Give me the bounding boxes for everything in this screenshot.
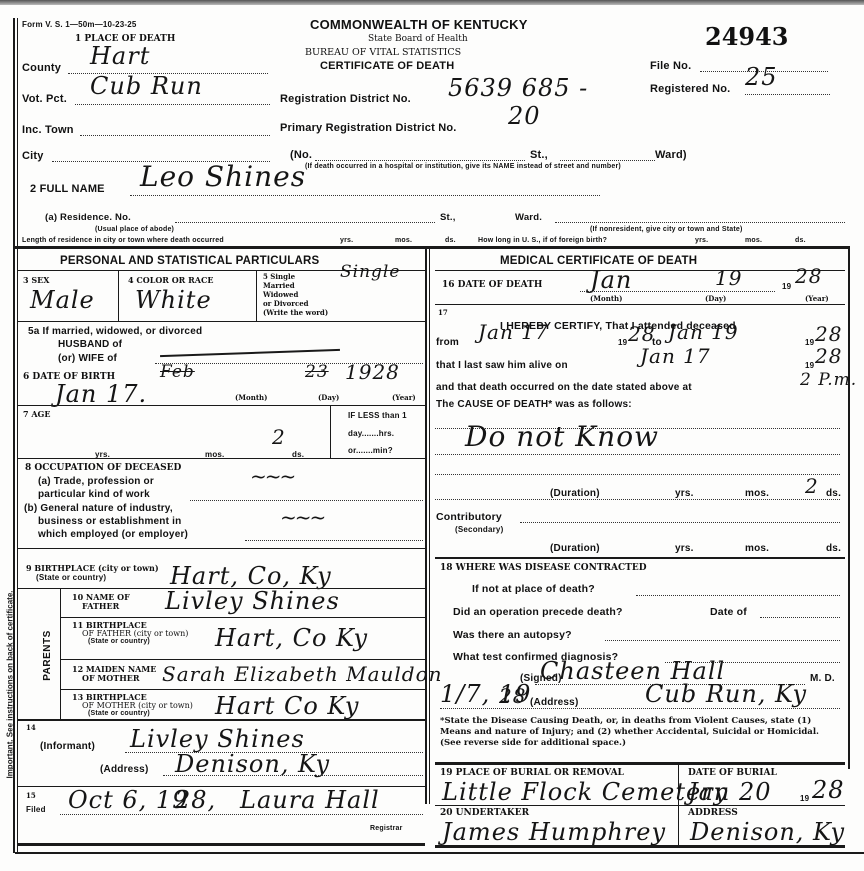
city-label: City	[22, 150, 44, 162]
primary-district-label: Primary Registration District No.	[280, 122, 457, 134]
death-month: Jan	[590, 266, 632, 294]
registered-no-line	[745, 94, 830, 95]
contributory-label: Contributory	[436, 511, 502, 523]
duration-rule	[435, 557, 845, 559]
length-yrs: yrs.	[340, 237, 353, 244]
birth-year: 1928	[345, 360, 400, 384]
state-title: COMMONWEALTH OF KENTUCKY	[310, 17, 528, 32]
trade-line	[190, 500, 423, 501]
duration-mos: mos.	[745, 488, 769, 499]
county-label: County	[22, 62, 61, 74]
age-days: 2	[272, 425, 286, 449]
margin-note: Important. See instructions on back of c…	[6, 525, 15, 845]
residence-ward: Ward.	[515, 212, 542, 223]
birth-corrected: Jan 17.	[55, 380, 147, 408]
duration-yrs: yrs.	[675, 488, 694, 499]
from-year-prefix: 19	[618, 338, 627, 347]
stamp-number: 24943	[705, 22, 789, 51]
burial-rule	[435, 805, 845, 806]
from-date: Jan 17	[478, 320, 549, 344]
autopsy-line	[605, 640, 840, 641]
birthplace-value: Hart, Co, Ky	[170, 562, 332, 590]
trade-value: ~~~	[250, 464, 294, 488]
full-name-line	[130, 195, 600, 196]
cause-line-3	[435, 474, 840, 475]
burial-year-prefix: 19	[800, 794, 809, 803]
residence-st: St.,	[440, 212, 456, 223]
death-year-prefix: 19	[782, 282, 791, 291]
mother-rule	[61, 689, 425, 690]
industry-label-3: which employed (or employer)	[38, 529, 188, 540]
to-year-prefix: 19	[805, 338, 814, 347]
father-label-2: FATHER	[82, 601, 119, 611]
spouse-label-1: 5a If married, widowed, or divorced	[28, 326, 202, 337]
certificate-title: CERTIFICATE OF DEATH	[320, 60, 454, 72]
age-rule	[18, 458, 425, 459]
mother-bp-label-3: (State or country)	[88, 710, 150, 717]
from-label: from	[436, 337, 459, 348]
form-code: Form V. S. 1—50m—10-23-25	[22, 20, 137, 29]
sex-divider	[118, 271, 119, 321]
birth-struck-day: 23	[305, 362, 329, 382]
cause-value: Do not Know	[465, 420, 659, 453]
death-rule	[435, 304, 845, 305]
left-border-inner	[17, 18, 18, 853]
registered-no-value: 25	[745, 63, 778, 91]
occupation-rule	[18, 548, 425, 549]
filed-year: 28,	[175, 786, 216, 814]
full-name-value: Leo Shines	[140, 160, 306, 193]
footnote: *State the Disease Causing Death, or, in…	[440, 716, 840, 749]
filed-date: Oct 6, 19	[68, 786, 188, 814]
main-divider	[15, 246, 850, 249]
vot-pct-label: Vot. Pct.	[22, 93, 67, 105]
marital-line: Widowed	[263, 290, 358, 299]
birth-day-label: (Day)	[318, 393, 339, 402]
length-label: Length of residence in city or town wher…	[22, 237, 224, 244]
cert-num: 17	[438, 308, 448, 317]
race-value: White	[135, 286, 212, 314]
duration-days: 2	[805, 474, 819, 498]
foreign-yrs: yrs.	[695, 237, 708, 244]
last-saw-label: that I last saw him alive on	[436, 360, 568, 371]
informant-value: Livley Shines	[130, 725, 305, 753]
mother-label-2: OF MOTHER	[82, 673, 140, 683]
age-divider	[330, 406, 331, 458]
race-label: 4 COLOR OR RACE	[128, 275, 213, 285]
city-ward-line	[560, 160, 655, 161]
last-saw-year: 28	[815, 344, 842, 368]
physician-address-label: (Address)	[530, 697, 578, 708]
date-of-label: Date of	[710, 606, 747, 618]
industry-line	[245, 540, 423, 541]
registration-district-value: 5639 685 -	[448, 74, 588, 102]
registrar-name: Laura Hall	[240, 786, 380, 814]
duration-line	[435, 499, 840, 500]
inc-town-line	[80, 135, 270, 136]
industry-value: ~~~	[280, 505, 324, 529]
spouse-label-2: HUSBAND of	[58, 339, 122, 350]
duration-2-yrs: yrs.	[675, 543, 694, 554]
trade-label-1: (a) Trade, profession or	[38, 476, 154, 487]
mother-value: Sarah Elizabeth Mauldon	[162, 662, 443, 686]
registration-district-label: Registration District No.	[280, 93, 411, 105]
marital-line: (Write the word)	[263, 308, 358, 317]
date-of-line	[760, 617, 840, 618]
registrar-label: Registrar	[370, 825, 403, 832]
race-divider	[256, 271, 257, 321]
nonresident-note: (If nonresident, give city or town and S…	[590, 226, 743, 233]
death-line	[580, 291, 775, 292]
father-bp-label-3: (State or country)	[88, 638, 150, 645]
to-year: 28	[815, 322, 842, 346]
duration-2-ds: ds.	[826, 543, 841, 554]
occurred-text: and that death occurred on the date stat…	[436, 382, 692, 393]
burial-place: Little Flock Cemetery	[442, 778, 728, 806]
or-min: or.......min?	[348, 446, 393, 455]
last-saw-year-prefix: 19	[805, 361, 814, 370]
informant-num: 14	[26, 723, 36, 732]
burial-date: Jan 20	[688, 778, 772, 806]
age-label: 7 AGE	[23, 409, 51, 419]
personal-section-title: PERSONAL AND STATISTICAL PARTICULARS	[60, 255, 319, 267]
industry-label-2: business or establishment in	[38, 516, 181, 527]
bottom-border	[15, 852, 864, 854]
not-at-place-line	[636, 595, 840, 596]
death-day: 19	[715, 266, 742, 290]
full-name-label: 2 FULL NAME	[30, 183, 105, 195]
city-st-label: St.,	[530, 149, 548, 161]
informant-label: (Informant)	[40, 741, 95, 752]
undertaker-address: Denison, Ky	[690, 818, 845, 846]
sex-rule	[18, 321, 425, 322]
cause-label: The CAUSE OF DEATH* was as follows:	[436, 399, 632, 410]
duration-2-mos: mos.	[745, 543, 769, 554]
death-day-label: (Day)	[705, 294, 726, 303]
physician-address: Cub Run, Ky	[645, 680, 807, 708]
burial-place-label: 19 PLACE OF BURIAL OR REMOVAL	[440, 768, 624, 778]
residence-ward-line	[555, 222, 845, 223]
undertaker-label: 20 UNDERTAKER	[440, 808, 529, 818]
marital-line: or Divorced	[263, 299, 358, 308]
parents-rule	[18, 719, 425, 721]
contributory-line	[520, 522, 840, 523]
undertaker-rule	[435, 845, 845, 848]
less-than-1: IF LESS than 1	[348, 411, 407, 420]
residence-label: (a) Residence. No.	[45, 212, 131, 223]
column-divider-inner	[429, 249, 430, 804]
usual-place: (Usual place of abode)	[95, 226, 174, 233]
scan-edge	[0, 0, 864, 5]
column-divider	[425, 249, 427, 804]
informant-address-label: (Address)	[100, 764, 148, 775]
death-time: 2 P.m.	[800, 370, 857, 390]
board-name: State Board of Health	[368, 34, 468, 44]
birth-struck-month: Feb	[160, 362, 195, 382]
registered-no-label: Registered No.	[650, 83, 730, 95]
mother-bp-value: Hart Co Ky	[215, 692, 359, 720]
spouse-label-3: (or) WIFE of	[58, 353, 117, 364]
death-year: 28	[795, 264, 822, 288]
foreign-ds: ds.	[795, 237, 806, 244]
trade-label-2: particular kind of work	[38, 489, 150, 500]
primary-district-value: 20	[508, 102, 541, 130]
length-ds: ds.	[445, 237, 456, 244]
parents-label: PARENTS	[42, 630, 53, 681]
birthplace-label-1: 9 BIRTHPLACE (city or town)	[26, 563, 159, 573]
foreign-mos: mos.	[745, 237, 762, 244]
last-saw-date: Jan 17	[640, 344, 711, 368]
duration-2-label: (Duration)	[550, 543, 600, 554]
residence-line	[175, 222, 435, 223]
autopsy-label: Was there an autopsy?	[453, 629, 572, 641]
file-no-label: File No.	[650, 60, 691, 72]
vot-pct-value: Cub Run	[90, 72, 203, 100]
filed-num: 15	[26, 791, 36, 800]
occupation-label: 8 OCCUPATION OF DECEASED	[25, 463, 181, 473]
foreign-label: How long in U. S., if of foreign birth?	[478, 237, 607, 244]
day-hrs: day.......hrs.	[348, 429, 394, 438]
death-year-label: (Year)	[805, 294, 829, 303]
county-value: Hart	[90, 42, 150, 70]
birthplace-label-2: (State or country)	[36, 573, 106, 582]
city-ward-label: Ward)	[655, 149, 687, 161]
undertaker-value: James Humphrey	[442, 818, 666, 846]
operation-label: Did an operation precede death?	[453, 606, 623, 618]
contracted-label: 18 WHERE WAS DISEASE CONTRACTED	[440, 563, 647, 573]
father-bp-label-2: OF FATHER (city or town)	[82, 629, 188, 638]
signed-year: 28	[499, 684, 526, 708]
father-bp-value: Hart, Co Ky	[215, 624, 368, 652]
father-value: Livley Shines	[165, 587, 340, 615]
inc-town-label: Inc. Town	[22, 124, 74, 136]
burial-year: 28	[812, 776, 845, 804]
industry-label-1: (b) General nature of industry,	[24, 503, 173, 514]
filed-label: Filed	[26, 805, 46, 814]
physician-address-line	[440, 708, 840, 709]
parents-divider	[60, 589, 61, 719]
hospital-note: (If death occurred in a hospital or inst…	[305, 163, 621, 170]
footnote-rule	[435, 762, 845, 765]
duration-label: (Duration)	[550, 488, 600, 499]
father-bp-rule	[61, 659, 425, 660]
medical-rule	[435, 270, 845, 271]
sex-label: 3 SEX	[23, 275, 49, 285]
death-label: 16 DATE OF DEATH	[442, 280, 542, 290]
mother-bp-label-2: OF MOTHER (city or town)	[82, 701, 193, 710]
birth-year-label: (Year)	[392, 393, 416, 402]
marital-value: Single	[340, 262, 400, 282]
burial-date-label: DATE OF BURIAL	[688, 768, 777, 778]
birth-month-label: (Month)	[235, 393, 267, 402]
secondary-label: (Secondary)	[455, 525, 503, 534]
undertaker-address-label: ADDRESS	[688, 808, 738, 818]
spouse-dash	[160, 349, 340, 357]
to-date: Jan 19	[668, 320, 739, 344]
city-no-line	[315, 160, 525, 161]
duration-ds: ds.	[826, 488, 841, 499]
birth-rule	[18, 405, 425, 406]
vot-pct-line	[75, 104, 270, 105]
length-mos: mos.	[395, 237, 412, 244]
sex-value: Male	[30, 286, 95, 314]
death-month-label: (Month)	[590, 294, 622, 303]
md-label: M. D.	[810, 673, 835, 684]
informant-address: Denison, Ky	[175, 750, 330, 778]
father-rule	[61, 617, 425, 618]
informant-address-line	[163, 775, 423, 776]
bureau-name: BUREAU OF VITAL STATISTICS	[305, 47, 461, 58]
marital-line: Married	[263, 281, 358, 290]
not-at-place: If not at place of death?	[472, 583, 595, 595]
right-border	[848, 249, 850, 769]
filed-rule	[18, 843, 425, 846]
filed-line	[60, 814, 423, 815]
cause-line-2	[435, 454, 840, 455]
